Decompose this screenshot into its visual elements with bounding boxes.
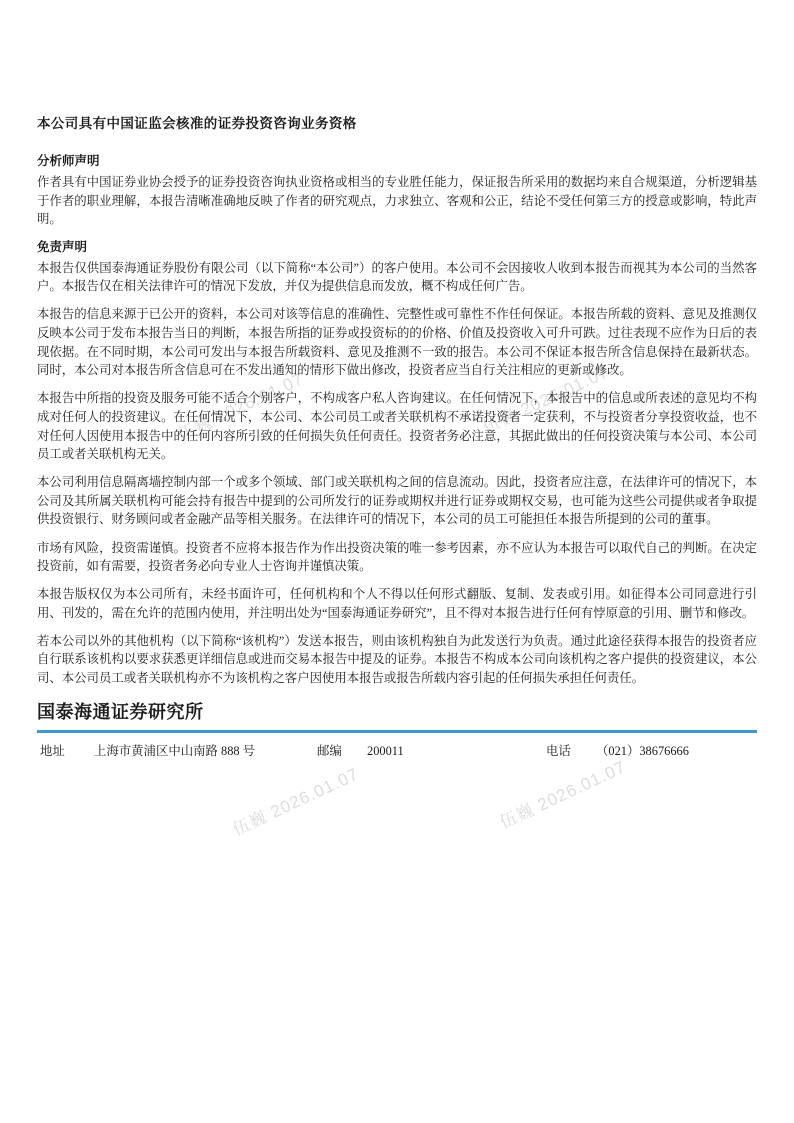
disclaimer-heading: 免责声明	[37, 240, 757, 255]
phone-label: 电话	[546, 743, 596, 759]
disclaimer-paragraph: 本公司利用信息隔离墙控制内部一个或多个领域、部门或关联机构之间的信息流动。因此，…	[37, 473, 757, 529]
disclaimer-paragraph: 本报告的信息来源于已公开的资料，本公司对该等信息的准确性、完整性或可靠性不作任何…	[37, 305, 757, 379]
analyst-statement-heading: 分析师声明	[37, 154, 757, 169]
watermark: 伍巍 2026.01.07	[495, 753, 630, 833]
qualification-title: 本公司具有中国证监会核准的证券投资咨询业务资格	[37, 115, 757, 133]
watermark: 伍巍 2026.01.07	[228, 760, 363, 840]
disclaimer-paragraph: 若本公司以外的其他机构（以下简称“该机构”）发送本报告，则由该机构独自为此发送行…	[37, 632, 757, 688]
phone-value: （021）38676666	[596, 743, 757, 759]
address-label: 地址	[40, 743, 94, 759]
report-disclaimer-page: 伍巍 2026.01.07 伍巍 2026.01.07 伍巍 2026.01.0…	[0, 0, 794, 1123]
disclaimer-paragraph: 本报告版权仅为本公司所有，未经书面许可，任何机构和个人不得以任何形式翻版、复制、…	[37, 585, 757, 622]
page-content: 本公司具有中国证监会核准的证券投资咨询业务资格 分析师声明 作者具有中国证券业协…	[37, 115, 757, 759]
disclaimer-paragraph: 本报告仅供国泰海通证券股份有限公司（以下简称“本公司”）的客户使用。本公司不会因…	[37, 259, 757, 296]
accent-divider	[37, 730, 757, 733]
zip-label: 邮编	[317, 743, 367, 759]
zip-value: 200011	[367, 743, 546, 759]
disclaimer-paragraph: 市场有风险，投资需谨慎。投资者不应将本报告作为作出投资决策的唯一参考因素，亦不应…	[37, 539, 757, 576]
address-value: 上海市黄浦区中山南路 888 号	[94, 743, 317, 759]
analyst-statement-body: 作者具有中国证券业协会授予的证券投资咨询执业资格或相当的专业胜任能力，保证报告所…	[37, 173, 757, 229]
institute-name: 国泰海通证券研究所	[37, 701, 757, 724]
disclaimer-paragraph: 本报告中所指的投资及服务可能不适合个别客户，不构成客户私人咨询建议。在任何情况下…	[37, 389, 757, 463]
contact-row: 地址 上海市黄浦区中山南路 888 号 邮编 200011 电话 （021）38…	[37, 743, 757, 759]
